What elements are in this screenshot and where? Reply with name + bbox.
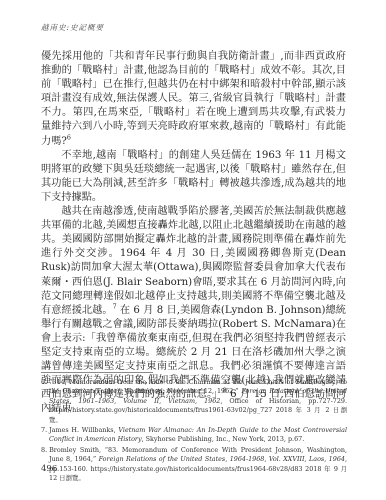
footnote-text: James H. Willbanks, [49, 426, 118, 434]
footnote-number: 7. [41, 426, 47, 434]
footnote-7: 7.James H. Willbanks, Vietnam War Almana… [41, 426, 347, 445]
footnote-number: 6. [41, 378, 47, 386]
footnote-separator [41, 372, 153, 373]
footnote-8: 8.Bromley Smith, “83. Memorandum of Conf… [41, 446, 347, 484]
paragraph-strategic-hamlet-critique: 優先採用他的「共和青年民事行動與自我防衛計畫」,而非西貢政府推動的「戰略村」計畫… [41, 50, 346, 149]
footnote-ref-6: 6 [67, 134, 71, 141]
footnote-source-title: Foreign Relations of the United States, … [99, 455, 345, 463]
running-head: 越南史:史記概要 [41, 22, 104, 33]
paragraph-text: 越共在南越滲透,使南越戰爭陷於膠著,美國苦於無法制裁供應越共軍備的北越,美國想直… [41, 206, 346, 316]
page-number: 496 [41, 464, 57, 474]
footnote-number: 8. [41, 446, 47, 454]
footnote-text: , Skyhorse Publishing, Inc., New York, 2… [142, 435, 305, 443]
paragraph-text: 優先採用他的「共和青年民事行動與自我防衛計畫」,而非西貢政府推動的「戰略村」計畫… [41, 51, 346, 147]
paragraph-ngo-dinh-nhu-death: 不幸地,越南「戰略村」的創建人吳廷儒在 1963 年 11 月楊文明將軍的政變下… [41, 149, 346, 205]
footnote-6: 6.“314, Memorandum from the Aide to the … [41, 378, 347, 425]
book-page: 越南史:史記概要 優先採用他的「共和青年民事行動與自我防衛計畫」,而非西貢政府推… [0, 0, 386, 500]
footnotes: 6.“314, Memorandum from the Aide to the … [41, 378, 347, 484]
paragraph-text: 不幸地,越南「戰略村」的創建人吳廷儒在 1963 年 11 月楊文明將軍的政變下… [41, 150, 346, 203]
body-text: 優先採用他的「共和青年民事行動與自我防衛計畫」,而非西貢政府推動的「戰略村」計畫… [41, 50, 346, 416]
